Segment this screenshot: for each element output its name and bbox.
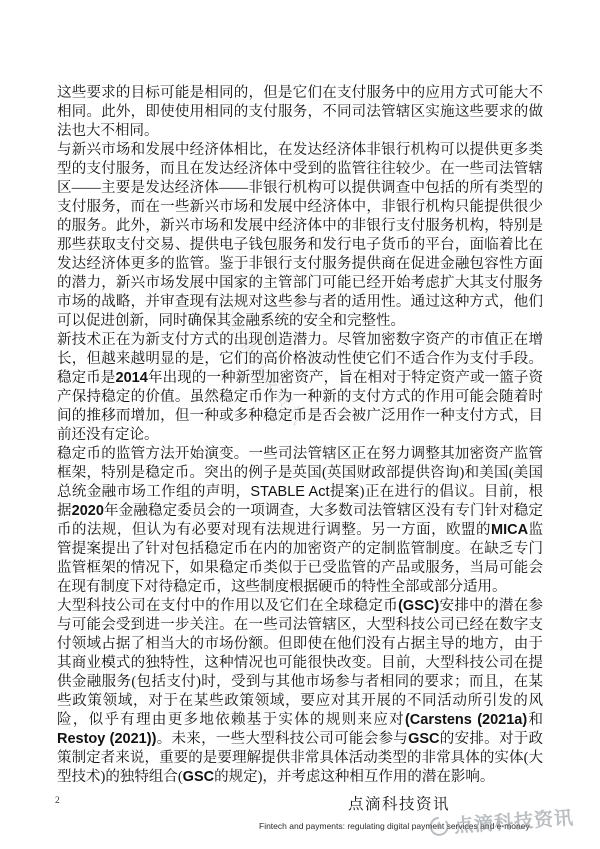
paragraph-requirements: 这些要求的目标可能是相同的，但是它们在支付服务中的应用方式可能大不相同。此外，即… (57, 84, 543, 141)
text-run: 和 (527, 712, 543, 728)
text-run: 。未来，一些大型科技公司可能会参与 (156, 731, 408, 747)
text-run: 的规定)，并考虑这种相互作用的潜在影响。 (214, 769, 494, 785)
text-run-emphasis: Restoy (2021)) (57, 731, 156, 747)
text-run: 这些要求的目标可能是相同的，但是它们在支付服务中的应用方式可能大不相同。此外，即… (57, 85, 543, 139)
text-run: 年金融稳定委员会的一项调查，大多数司法管辖区没有专门针对稳定币的法规，但认为有必… (57, 503, 543, 538)
page-number: 2 (55, 796, 60, 806)
text-run-emphasis: (GSC) (398, 598, 439, 614)
text-run-emphasis: MICA (491, 522, 528, 538)
paragraph-stablecoin-intro: 新技术正在为新支付方式的出现创造潜力。尽管加密数字资产的市值正在增长，但越来越明… (57, 331, 543, 445)
text-run-emphasis: STABLE Act (250, 484, 329, 500)
text-run: 与新兴市场和发展中经济体相比，在发达经济体非银行机构可以提供更多类型的支付服务，… (57, 142, 543, 329)
document-body: 这些要求的目标可能是相同的，但是它们在支付服务中的应用方式可能大不相同。此外，即… (57, 84, 543, 787)
document-page: 这些要求的目标可能是相同的，但是它们在支付服务中的应用方式可能大不相同。此外，即… (0, 0, 600, 849)
text-run: 安排中的潜在参与可能会受到进一步关注。在一些司法管辖区，大型科技公司已经在数字支… (57, 598, 543, 728)
text-run: 大型科技公司在支付中的作用以及它们在全球稳定币 (57, 598, 398, 614)
text-run-emphasis: GSC (408, 731, 439, 747)
footer-brand-title: 点滴科技资讯 (348, 792, 450, 814)
text-run-emphasis: (Carstens (2021a) (405, 712, 527, 728)
paragraph-stablecoin-regulation: 稳定币的监管方法开始演变。一些司法管辖区正在努力调整其加密资产监管框架，特别是稳… (57, 445, 543, 597)
paragraph-nonbank-comparison: 与新兴市场和发展中经济体相比，在发达经济体非银行机构可以提供更多类型的支付服务，… (57, 141, 543, 331)
text-run-emphasis: 2020 (72, 503, 104, 519)
text-run-emphasis: GSC (183, 769, 214, 785)
paragraph-bigtech-gsc: 大型科技公司在支付中的作用以及它们在全球稳定币(GSC)安排中的潜在参与可能会受… (57, 597, 543, 787)
footer-report-subtitle: Fintech and payments: regulating digital… (259, 821, 530, 831)
text-run-emphasis: 2014 (116, 370, 148, 386)
